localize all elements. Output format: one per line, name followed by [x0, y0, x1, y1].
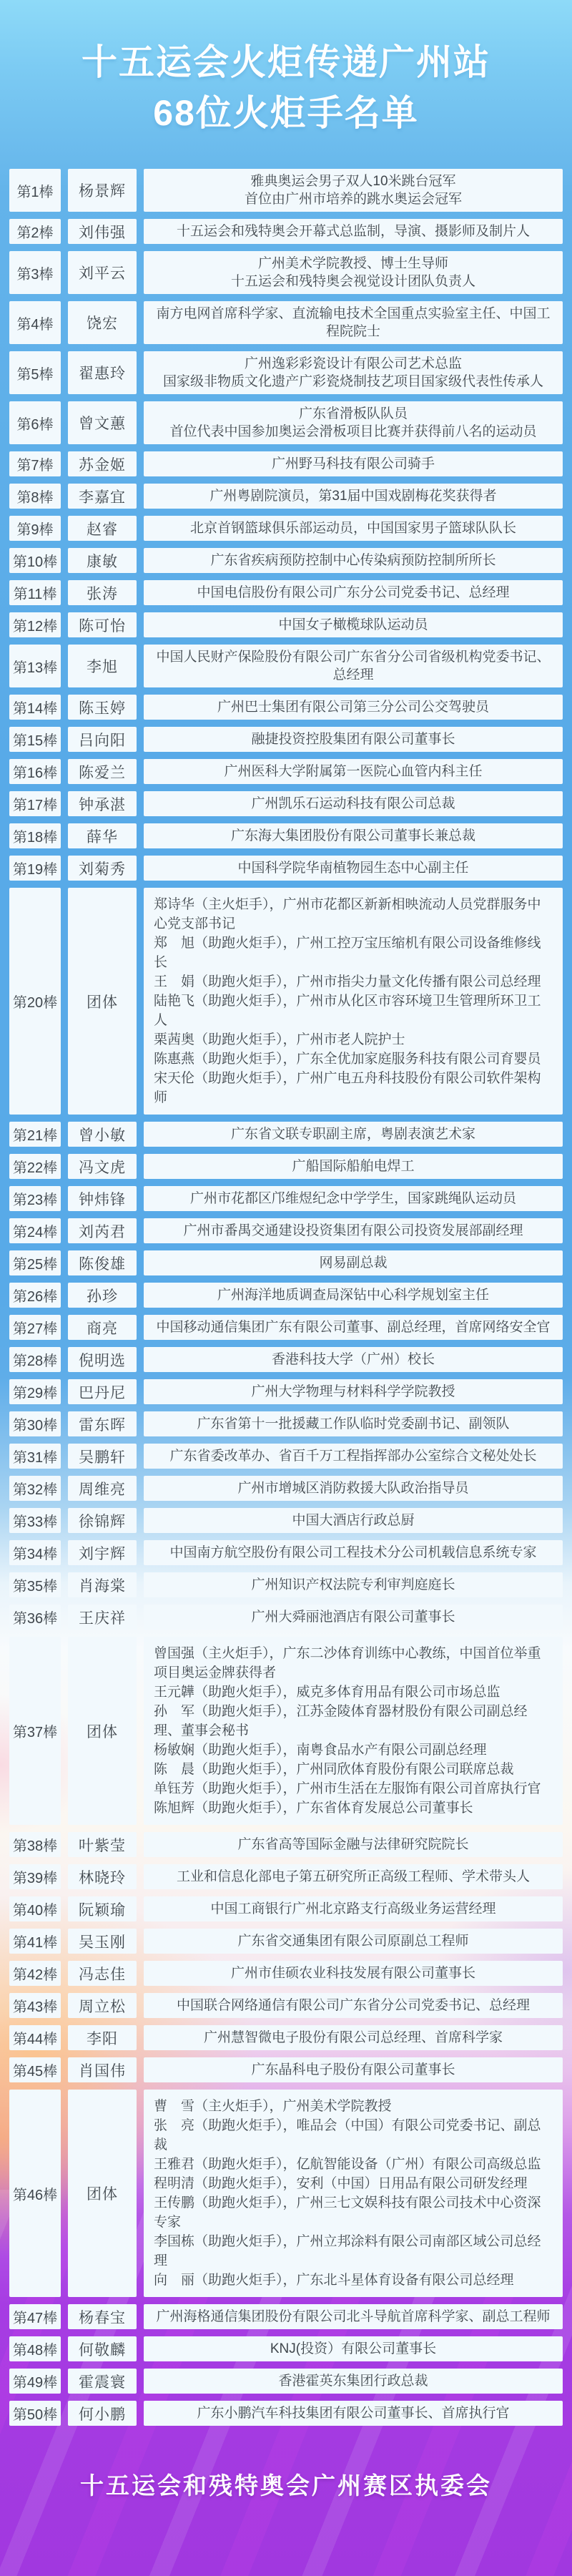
baton-cell: 第2棒	[9, 219, 61, 244]
desc-line: 广州市增城区消防救援大队政治指导员	[151, 1479, 556, 1497]
desc-line: 张 亮（助跑火炬手），唯品会（中国）有限公司党委书记、副总裁	[154, 2116, 553, 2155]
baton-cell: 第4棒	[9, 301, 61, 344]
name-cell: 团体	[68, 2090, 137, 2297]
name-cell: 刘菊秀	[68, 856, 137, 881]
desc-line: 李国栋（助跑火炬手），广州立邦涂料有限公司南部区域公司总经理	[154, 2232, 553, 2271]
name-cell: 翟惠玲	[68, 351, 137, 394]
baton-cell: 第33棒	[9, 1508, 61, 1533]
baton-cell: 第22棒	[9, 1154, 61, 1179]
desc-cell: 中国人民财产保险股份有限公司广东省分公司省级机构党委书记、总经理	[144, 645, 563, 687]
table-row: 第37棒 团体 曾国强（主火炬手），广东二沙体育训练中心教练，中国首位举重项目奥…	[9, 1637, 563, 1825]
name-cell: 刘宇辉	[68, 1540, 137, 1565]
table-row: 第20棒 团体 郑诗华（主火炬手），广州市花都区新新相映流动人员党群服务中心党支…	[9, 888, 563, 1115]
desc-line: 首位由广州市培养的跳水奥运会冠军	[151, 190, 556, 208]
desc-line: 雅典奥运会男子双人10米跳台冠军	[151, 172, 556, 190]
desc-line: 广州海洋地质调查局深钻中心科学规划室主任	[151, 1286, 556, 1304]
desc-cell: 广州市花都区邝维煜纪念中学学生，国家跳绳队运动员	[144, 1186, 563, 1211]
desc-cell: 中国电信股份有限公司广东分公司党委书记、总经理	[144, 580, 563, 605]
table-row: 第21棒 曾小敏 广东省文联专职副主席，粤剧表演艺术家	[9, 1122, 563, 1147]
baton-cell: 第1棒	[9, 169, 61, 212]
table-row: 第49棒 霍震寰 香港霍英东集团行政总裁	[9, 2369, 563, 2394]
desc-cell: 广东海大集团股份有限公司董事长兼总裁	[144, 823, 563, 848]
baton-cell: 第42棒	[9, 1961, 61, 1986]
baton-cell: 第44棒	[9, 2025, 61, 2050]
table-row: 第19棒 刘菊秀 中国科学院华南植物园生态中心副主任	[9, 856, 563, 881]
name-cell: 苏金姬	[68, 451, 137, 476]
desc-cell: 广州市佳硕农业科技发展有限公司董事长	[144, 1961, 563, 1986]
table-row: 第12棒 陈可怡 中国女子橄榄球队运动员	[9, 612, 563, 637]
name-cell: 李阳	[68, 2025, 137, 2050]
baton-cell: 第32棒	[9, 1476, 61, 1501]
desc-cell: 广船国际船舶电焊工	[144, 1154, 563, 1179]
desc-cell: 工业和信息化部电子第五研究所正高级工程师、学术带头人	[144, 1864, 563, 1889]
desc-cell: 广州凯乐石运动科技有限公司总裁	[144, 791, 563, 816]
table-row: 第32棒 周维亮 广州市增城区消防救援大队政治指导员	[9, 1476, 563, 1501]
table-row: 第16棒 陈爱兰 广州医科大学附属第一医院心血管内科主任	[9, 759, 563, 784]
desc-line: 广东晶科电子股份有限公司董事长	[151, 2061, 556, 2079]
name-cell: 冯文虎	[68, 1154, 137, 1179]
table-row: 第4棒 饶宏 南方电网首席科学家、直流输电技术全国重点实验室主任、中国工程院院士	[9, 301, 563, 344]
baton-cell: 第50棒	[9, 2401, 61, 2426]
baton-cell: 第27棒	[9, 1315, 61, 1340]
desc-line: 广州知识产权法院专利审判庭庭长	[151, 1576, 556, 1594]
desc-cell: 广州大学物理与材料科学学院教授	[144, 1379, 563, 1404]
desc-cell: 广州粤剧院演员，第31届中国戏剧梅花奖获得者	[144, 484, 563, 509]
name-cell: 康敏	[68, 548, 137, 573]
desc-cell: 十五运会和残特奥会开幕式总监制，导演、摄影师及制片人	[144, 219, 563, 244]
table-row: 第5棒 翟惠玲 广州逸彩彩瓷设计有限公司艺术总监国家级非物质文化遗产广彩瓷烧制技…	[9, 351, 563, 394]
baton-cell: 第5棒	[9, 351, 61, 394]
desc-line: 王 娟（助跑火炬手），广州市指尖力量文化传播有限公司总经理	[154, 972, 553, 991]
name-cell: 巴丹尼	[68, 1379, 137, 1404]
baton-cell: 第19棒	[9, 856, 61, 881]
name-cell: 倪明选	[68, 1347, 137, 1372]
baton-cell: 第40棒	[9, 1896, 61, 1921]
table-row: 第17棒 钟承湛 广州凯乐石运动科技有限公司总裁	[9, 791, 563, 816]
baton-cell: 第10棒	[9, 548, 61, 573]
name-cell: 钟承湛	[68, 791, 137, 816]
name-cell: 周维亮	[68, 1476, 137, 1501]
table-row: 第46棒 团体 曹 雪（主火炬手），广州美术学院教授张 亮（助跑火炬手），唯品会…	[9, 2090, 563, 2297]
baton-cell: 第13棒	[9, 645, 61, 687]
table-row: 第31棒 吴鹏轩 广东省委改革办、省百千万工程指挥部办公室综合文秘处处长	[9, 1444, 563, 1469]
table-row: 第43棒 周立松 中国联合网络通信有限公司广东省分公司党委书记、总经理	[9, 1993, 563, 2018]
table-row: 第18棒 薛华 广东海大集团股份有限公司董事长兼总裁	[9, 823, 563, 848]
desc-line: 广州粤剧院演员，第31届中国戏剧梅花奖获得者	[151, 487, 556, 505]
name-cell: 何小鹏	[68, 2401, 137, 2426]
desc-cell: 融捷投资控股集团有限公司董事长	[144, 727, 563, 752]
desc-cell: 中国大酒店行政总厨	[144, 1508, 563, 1533]
baton-cell: 第41棒	[9, 1929, 61, 1954]
table-row: 第28棒 倪明选 香港科技大学（广州）校长	[9, 1347, 563, 1372]
baton-cell: 第49棒	[9, 2369, 61, 2394]
baton-cell: 第46棒	[9, 2090, 61, 2297]
baton-cell: 第39棒	[9, 1864, 61, 1889]
desc-line: 陆艳飞（助跑火炬手），广州市从化区市容环境卫生管理所环卫工人	[154, 991, 553, 1030]
poster: 十五运会火炬传递广州站68位火炬手名单 第1棒 杨景辉 雅典奥运会男子双人10米…	[0, 0, 572, 2576]
desc-line: 工业和信息化部电子第五研究所正高级工程师、学术带头人	[151, 1868, 556, 1886]
table-row: 第9棒 赵睿 北京首钢篮球俱乐部运动员，中国国家男子篮球队队长	[9, 516, 563, 541]
desc-line: 广州美术学院教授、博士生导师	[151, 255, 556, 273]
baton-cell: 第37棒	[9, 1637, 61, 1825]
table-row: 第2棒 刘伟强 十五运会和残特奥会开幕式总监制，导演、摄影师及制片人	[9, 219, 563, 244]
desc-line: 香港霍英东集团行政总裁	[151, 2372, 556, 2390]
desc-cell: 广东小鹏汽车科技集团有限公司董事长、首席执行官	[144, 2401, 563, 2426]
desc-cell: 中国工商银行广州北京路支行高级业务运营经理	[144, 1896, 563, 1921]
name-cell: 杨景辉	[68, 169, 137, 212]
desc-line: 陈惠燕（助跑火炬手），广东全优加家庭服务科技有限公司育婴员	[154, 1049, 553, 1069]
desc-line: 十五运会和残特奥会开幕式总监制，导演、摄影师及制片人	[151, 222, 556, 240]
name-cell: 吕向阳	[68, 727, 137, 752]
title-line-1: 十五运会火炬传递广州站	[82, 42, 490, 82]
baton-cell: 第23棒	[9, 1186, 61, 1211]
baton-cell: 第45棒	[9, 2057, 61, 2082]
name-cell: 团体	[68, 1637, 137, 1825]
desc-cell: 广州美术学院教授、博士生导师十五运会和残特奥会视觉设计团队负责人	[144, 251, 563, 294]
table-row: 第7棒 苏金姬 广州野马科技有限公司骑手	[9, 451, 563, 476]
table-row: 第11棒 张涛 中国电信股份有限公司广东分公司党委书记、总经理	[9, 580, 563, 605]
desc-line: 中国移动通信集团广东有限公司董事、副总经理，首席网络安全官	[151, 1318, 556, 1336]
baton-cell: 第9棒	[9, 516, 61, 541]
desc-cell: 广东省高等国际金融与法律研究院院长	[144, 1832, 563, 1857]
desc-line: 融捷投资控股集团有限公司董事长	[151, 730, 556, 748]
desc-line: 广州市花都区邝维煜纪念中学学生，国家跳绳队运动员	[151, 1190, 556, 1208]
name-cell: 陈爱兰	[68, 759, 137, 784]
desc-line: 曾国强（主火炬手），广东二沙体育训练中心教练，中国首位举重项目奥运金牌获得者	[154, 1644, 553, 1683]
baton-cell: 第36棒	[9, 1605, 61, 1630]
name-cell: 李旭	[68, 645, 137, 687]
name-cell: 霍震寰	[68, 2369, 137, 2394]
name-cell: 叶紫莹	[68, 1832, 137, 1857]
name-cell: 杨春宝	[68, 2304, 137, 2329]
desc-line: 广州海格通信集团股份有限公司北斗导航首席科学家、副总工程师	[151, 2308, 556, 2326]
baton-cell: 第30棒	[9, 1411, 61, 1436]
name-cell: 刘平云	[68, 251, 137, 294]
baton-cell: 第16棒	[9, 759, 61, 784]
table-row: 第26棒 孙珍 广州海洋地质调查局深钻中心科学规划室主任	[9, 1283, 563, 1308]
desc-cell: 广东省文联专职副主席，粤剧表演艺术家	[144, 1122, 563, 1147]
name-cell: 薛华	[68, 823, 137, 848]
page-title: 十五运会火炬传递广州站68位火炬手名单	[9, 37, 563, 139]
desc-line: 中国大酒店行政总厨	[151, 1512, 556, 1529]
desc-cell: 雅典奥运会男子双人10米跳台冠军首位由广州市培养的跳水奥运会冠军	[144, 169, 563, 212]
baton-cell: 第34棒	[9, 1540, 61, 1565]
desc-cell: 曾国强（主火炬手），广东二沙体育训练中心教练，中国首位举重项目奥运金牌获得者王元…	[144, 1637, 563, 1825]
desc-cell: 广州慧智微电子股份有限公司总经理、首席科学家	[144, 2025, 563, 2050]
desc-cell: 广州医科大学附属第一医院心血管内科主任	[144, 759, 563, 784]
desc-cell: 广州巴士集团有限公司第三分公司公交驾驶员	[144, 695, 563, 720]
desc-line: 广州大舜丽池酒店有限公司董事长	[151, 1608, 556, 1626]
name-cell: 孙珍	[68, 1283, 137, 1308]
table-row: 第48棒 何敬麟 KNJ(投资）有限公司董事长	[9, 2336, 563, 2361]
table-row: 第1棒 杨景辉 雅典奥运会男子双人10米跳台冠军首位由广州市培养的跳水奥运会冠军	[9, 169, 563, 212]
name-cell: 周立松	[68, 1993, 137, 2018]
name-cell: 吴鹏轩	[68, 1444, 137, 1469]
desc-cell: 中国南方航空股份有限公司工程技术分公司机载信息系统专家	[144, 1540, 563, 1565]
baton-cell: 第47棒	[9, 2304, 61, 2329]
name-cell: 团体	[68, 888, 137, 1115]
name-cell: 张涛	[68, 580, 137, 605]
desc-line: 杨敏娴（助跑火炬手），南粤食品水产有限公司副总经理	[154, 1740, 553, 1760]
name-cell: 林晓玲	[68, 1864, 137, 1889]
desc-line: 广东省滑板队队员	[151, 405, 556, 423]
table-row: 第38棒 叶紫莹 广东省高等国际金融与法律研究院院长	[9, 1832, 563, 1857]
desc-line: 广东海大集团股份有限公司董事长兼总裁	[151, 827, 556, 845]
table-row: 第6棒 曾文蕙 广东省滑板队队员首位代表中国参加奥运会滑板项目比赛并获得前八名的…	[9, 401, 563, 444]
desc-cell: 曹 雪（主火炬手），广州美术学院教授张 亮（助跑火炬手），唯品会（中国）有限公司…	[144, 2090, 563, 2297]
desc-cell: 香港科技大学（广州）校长	[144, 1347, 563, 1372]
name-cell: 徐锦辉	[68, 1508, 137, 1533]
name-cell: 商亮	[68, 1315, 137, 1340]
name-cell: 饶宏	[68, 301, 137, 344]
desc-cell: KNJ(投资）有限公司董事长	[144, 2336, 563, 2361]
desc-line: 广东省第十一批援藏工作队临时党委副书记、副领队	[151, 1415, 556, 1433]
baton-cell: 第20棒	[9, 888, 61, 1115]
desc-cell: 中国联合网络通信有限公司广东省分公司党委书记、总经理	[144, 1993, 563, 2018]
desc-line: 广东小鹏汽车科技集团有限公司董事长、首席执行官	[151, 2404, 556, 2422]
table-row: 第35棒 肖海棠 广州知识产权法院专利审判庭庭长	[9, 1572, 563, 1597]
name-cell: 陈可怡	[68, 612, 137, 637]
baton-cell: 第17棒	[9, 791, 61, 816]
desc-line: 广州野马科技有限公司骑手	[151, 455, 556, 473]
baton-cell: 第21棒	[9, 1122, 61, 1147]
desc-line: 广东省委改革办、省百千万工程指挥部办公室综合文秘处处长	[151, 1447, 556, 1465]
name-cell: 李嘉宜	[68, 484, 137, 509]
baton-cell: 第24棒	[9, 1218, 61, 1243]
desc-cell: 广州海格通信集团股份有限公司北斗导航首席科学家、副总工程师	[144, 2304, 563, 2329]
desc-line: 首位代表中国参加奥运会滑板项目比赛并获得前八名的运动员	[151, 423, 556, 441]
desc-cell: 广东省交通集团有限公司原副总工程师	[144, 1929, 563, 1954]
table-row: 第8棒 李嘉宜 广州粤剧院演员，第31届中国戏剧梅花奖获得者	[9, 484, 563, 509]
name-cell: 雷东晖	[68, 1411, 137, 1436]
desc-line: 陈 晨（助跑火炬手），广州同欣体育股份有限公司联席总裁	[154, 1760, 553, 1779]
desc-line: 程明清（助跑火炬手），安利（中国）日用品有限公司研发经理	[154, 2174, 553, 2193]
desc-cell: 北京首钢篮球俱乐部运动员，中国国家男子篮球队队长	[144, 516, 563, 541]
table-row: 第34棒 刘宇辉 中国南方航空股份有限公司工程技术分公司机载信息系统专家	[9, 1540, 563, 1565]
desc-line: 广东省高等国际金融与法律研究院院长	[151, 1836, 556, 1853]
desc-cell: 网易副总裁	[144, 1250, 563, 1275]
desc-line: 广州市番禺交通建设投资集团有限公司投资发展部副经理	[151, 1222, 556, 1240]
desc-line: 郑 旭（助跑火炬手），广州工控万宝压缩机有限公司设备维修线长	[154, 934, 553, 972]
desc-line: 王传鹏（助跑火炬手），广州三七文娱科技有限公司技术中心资深专家	[154, 2193, 553, 2232]
desc-cell: 广州市番禺交通建设投资集团有限公司投资发展部副经理	[144, 1218, 563, 1243]
baton-cell: 第35棒	[9, 1572, 61, 1597]
desc-line: 孙 军（助跑火炬手），江苏金陵体育器材股份有限公司副总经理、董事会秘书	[154, 1702, 553, 1740]
desc-line: 王元韡（助跑火炬手），威克多体育用品有限公司市场总监	[154, 1683, 553, 1702]
desc-cell: 中国科学院华南植物园生态中心副主任	[144, 856, 563, 881]
table-row: 第50棒 何小鹏 广东小鹏汽车科技集团有限公司董事长、首席执行官	[9, 2401, 563, 2426]
name-cell: 阮颖瑜	[68, 1896, 137, 1921]
desc-line: 栗茜奥（助跑火炬手），广州市老人院护士	[154, 1030, 553, 1049]
desc-line: 单钰芳（助跑火炬手），广州市生活在左服饰有限公司首席执行官	[154, 1779, 553, 1798]
desc-line: 北京首钢篮球俱乐部运动员，中国国家男子篮球队队长	[151, 519, 556, 537]
desc-line: 广州市佳硕农业科技发展有限公司董事长	[151, 1964, 556, 1982]
baton-cell: 第26棒	[9, 1283, 61, 1308]
baton-cell: 第25棒	[9, 1250, 61, 1275]
desc-cell: 香港霍英东集团行政总裁	[144, 2369, 563, 2394]
desc-cell: 广州大舜丽池酒店有限公司董事长	[144, 1605, 563, 1630]
table-row: 第13棒 李旭 中国人民财产保险股份有限公司广东省分公司省级机构党委书记、总经理	[9, 645, 563, 687]
name-cell: 曾文蕙	[68, 401, 137, 444]
desc-cell: 中国移动通信集团广东有限公司董事、副总经理，首席网络安全官	[144, 1315, 563, 1340]
desc-line: 中国女子橄榄球队运动员	[151, 616, 556, 634]
name-cell: 陈玉婷	[68, 695, 137, 720]
name-cell: 肖海棠	[68, 1572, 137, 1597]
table-row: 第45棒 肖国伟 广东晶科电子股份有限公司董事长	[9, 2057, 563, 2082]
name-cell: 曾小敏	[68, 1122, 137, 1147]
desc-cell: 广州市增城区消防救援大队政治指导员	[144, 1476, 563, 1501]
desc-cell: 中国女子橄榄球队运动员	[144, 612, 563, 637]
desc-line: 广州逸彩彩瓷设计有限公司艺术总监	[151, 355, 556, 373]
table-row: 第41棒 吴玉刚 广东省交通集团有限公司原副总工程师	[9, 1929, 563, 1954]
desc-cell: 广东省疾病预防控制中心传染病预防控制所所长	[144, 548, 563, 573]
desc-cell: 广东省第十一批援藏工作队临时党委副书记、副领队	[144, 1411, 563, 1436]
name-cell: 冯志佳	[68, 1961, 137, 1986]
desc-line: 广州慧智微电子股份有限公司总经理、首席科学家	[151, 2029, 556, 2047]
desc-line: 广州医科大学附属第一医院心血管内科主任	[151, 763, 556, 780]
table-row: 第42棒 冯志佳 广州市佳硕农业科技发展有限公司董事长	[9, 1961, 563, 1986]
table-row: 第39棒 林晓玲 工业和信息化部电子第五研究所正高级工程师、学术带头人	[9, 1864, 563, 1889]
baton-cell: 第31棒	[9, 1444, 61, 1469]
baton-cell: 第38棒	[9, 1832, 61, 1857]
poster-content: 十五运会火炬传递广州站68位火炬手名单 第1棒 杨景辉 雅典奥运会男子双人10米…	[0, 0, 572, 2426]
baton-cell: 第12棒	[9, 612, 61, 637]
name-cell: 吴玉刚	[68, 1929, 137, 1954]
table-row: 第3棒 刘平云 广州美术学院教授、博士生导师十五运会和残特奥会视觉设计团队负责人	[9, 251, 563, 294]
desc-line: KNJ(投资）有限公司董事长	[151, 2340, 556, 2358]
name-cell: 钟炜锋	[68, 1186, 137, 1211]
desc-cell: 广东省委改革办、省百千万工程指挥部办公室综合文秘处处长	[144, 1444, 563, 1469]
torch-table: 第1棒 杨景辉 雅典奥运会男子双人10米跳台冠军首位由广州市培养的跳水奥运会冠军…	[9, 169, 563, 2426]
name-cell: 赵睿	[68, 516, 137, 541]
baton-cell: 第8棒	[9, 484, 61, 509]
table-row: 第23棒 钟炜锋 广州市花都区邝维煜纪念中学学生，国家跳绳队运动员	[9, 1186, 563, 1211]
table-row: 第27棒 商亮 中国移动通信集团广东有限公司董事、副总经理，首席网络安全官	[9, 1315, 563, 1340]
name-cell: 刘伟强	[68, 219, 137, 244]
desc-line: 中国联合网络通信有限公司广东省分公司党委书记、总经理	[151, 1997, 556, 2014]
desc-line: 陈旭辉（助跑火炬手），广东省体育发展总公司董事长	[154, 1798, 553, 1818]
desc-line: 南方电网首席科学家、直流输电技术全国重点实验室主任、中国工程院院士	[151, 305, 556, 341]
baton-cell: 第29棒	[9, 1379, 61, 1404]
desc-line: 广州大学物理与材料科学学院教授	[151, 1383, 556, 1401]
table-row: 第40棒 阮颖瑜 中国工商银行广州北京路支行高级业务运营经理	[9, 1896, 563, 1921]
name-cell: 陈俊雄	[68, 1250, 137, 1275]
desc-cell: 广州知识产权法院专利审判庭庭长	[144, 1572, 563, 1597]
baton-cell: 第11棒	[9, 580, 61, 605]
desc-line: 广东省交通集团有限公司原副总工程师	[151, 1932, 556, 1950]
desc-cell: 郑诗华（主火炬手），广州市花都区新新相映流动人员党群服务中心党支部书记郑 旭（助…	[144, 888, 563, 1115]
desc-line: 中国人民财产保险股份有限公司广东省分公司省级机构党委书记、总经理	[151, 648, 556, 684]
baton-cell: 第3棒	[9, 251, 61, 294]
desc-line: 香港科技大学（广州）校长	[151, 1351, 556, 1368]
table-row: 第36棒 王庆祥 广州大舜丽池酒店有限公司董事长	[9, 1605, 563, 1630]
desc-line: 郑诗华（主火炬手），广州市花都区新新相映流动人员党群服务中心党支部书记	[154, 895, 553, 934]
desc-cell: 广东省滑板队队员首位代表中国参加奥运会滑板项目比赛并获得前八名的运动员	[144, 401, 563, 444]
desc-line: 广船国际船舶电焊工	[151, 1157, 556, 1175]
table-row: 第30棒 雷东晖 广东省第十一批援藏工作队临时党委副书记、副领队	[9, 1411, 563, 1436]
desc-cell: 广州逸彩彩瓷设计有限公司艺术总监国家级非物质文化遗产广彩瓷烧制技艺项目国家级代表…	[144, 351, 563, 394]
desc-line: 广州凯乐石运动科技有限公司总裁	[151, 795, 556, 813]
desc-cell: 广州海洋地质调查局深钻中心科学规划室主任	[144, 1283, 563, 1308]
desc-line: 广东省疾病预防控制中心传染病预防控制所所长	[151, 552, 556, 569]
desc-line: 向 丽（助跑火炬手），广东北斗星体育设备有限公司总经理	[154, 2271, 553, 2290]
table-row: 第24棒 刘芮君 广州市番禺交通建设投资集团有限公司投资发展部副经理	[9, 1218, 563, 1243]
desc-line: 广州巴士集团有限公司第三分公司公交驾驶员	[151, 698, 556, 716]
desc-line: 广东省文联专职副主席，粤剧表演艺术家	[151, 1125, 556, 1143]
baton-cell: 第15棒	[9, 727, 61, 752]
baton-cell: 第7棒	[9, 451, 61, 476]
table-row: 第10棒 康敏 广东省疾病预防控制中心传染病预防控制所所长	[9, 548, 563, 573]
desc-line: 网易副总裁	[151, 1254, 556, 1272]
table-row: 第33棒 徐锦辉 中国大酒店行政总厨	[9, 1508, 563, 1533]
baton-cell: 第18棒	[9, 823, 61, 848]
desc-line: 中国科学院华南植物园生态中心副主任	[151, 859, 556, 877]
desc-line: 宋天伦（助跑火炬手），广州广电五舟科技股份有限公司软件架构师	[154, 1069, 553, 1107]
table-row: 第44棒 李阳 广州慧智微电子股份有限公司总经理、首席科学家	[9, 2025, 563, 2050]
desc-line: 中国电信股份有限公司广东分公司党委书记、总经理	[151, 584, 556, 602]
title-line-2: 68位火炬手名单	[153, 93, 419, 133]
desc-line: 十五运会和残特奥会视觉设计团队负责人	[151, 273, 556, 290]
table-row: 第15棒 吕向阳 融捷投资控股集团有限公司董事长	[9, 727, 563, 752]
desc-cell: 广州野马科技有限公司骑手	[144, 451, 563, 476]
name-cell: 何敬麟	[68, 2336, 137, 2361]
name-cell: 肖国伟	[68, 2057, 137, 2082]
name-cell: 王庆祥	[68, 1605, 137, 1630]
name-cell: 刘芮君	[68, 1218, 137, 1243]
table-row: 第14棒 陈玉婷 广州巴士集团有限公司第三分公司公交驾驶员	[9, 695, 563, 720]
desc-line: 中国南方航空股份有限公司工程技术分公司机载信息系统专家	[151, 1544, 556, 1562]
desc-line: 曹 雪（主火炬手），广州美术学院教授	[154, 2097, 553, 2116]
desc-cell: 广东晶科电子股份有限公司董事长	[144, 2057, 563, 2082]
desc-cell: 南方电网首席科学家、直流输电技术全国重点实验室主任、中国工程院院士	[144, 301, 563, 344]
baton-cell: 第43棒	[9, 1993, 61, 2018]
desc-line: 国家级非物质文化遗产广彩瓷烧制技艺项目国家级代表性传承人	[151, 373, 556, 391]
table-row: 第22棒 冯文虎 广船国际船舶电焊工	[9, 1154, 563, 1179]
footer-organizer: 十五运会和残特奥会广州赛区执委会	[0, 2467, 572, 2501]
baton-cell: 第14棒	[9, 695, 61, 720]
table-row: 第47棒 杨春宝 广州海格通信集团股份有限公司北斗导航首席科学家、副总工程师	[9, 2304, 563, 2329]
baton-cell: 第48棒	[9, 2336, 61, 2361]
baton-cell: 第6棒	[9, 401, 61, 444]
baton-cell: 第28棒	[9, 1347, 61, 1372]
desc-line: 王雅君（助跑火炬手），亿航智能设备（广州）有限公司高级总监	[154, 2155, 553, 2174]
table-row: 第25棒 陈俊雄 网易副总裁	[9, 1250, 563, 1275]
desc-line: 中国工商银行广州北京路支行高级业务运营经理	[151, 1900, 556, 1918]
table-row: 第29棒 巴丹尼 广州大学物理与材料科学学院教授	[9, 1379, 563, 1404]
